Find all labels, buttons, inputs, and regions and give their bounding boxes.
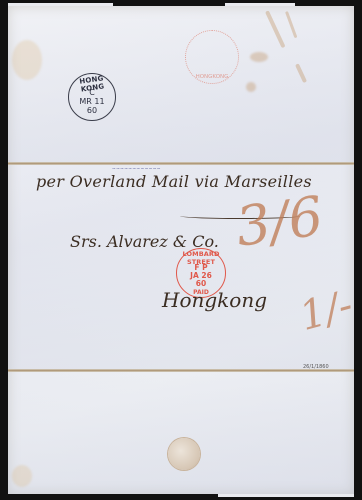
age-stain — [250, 52, 268, 62]
age-stain — [12, 40, 42, 80]
faint-postmark-text: HONGKONG — [186, 74, 238, 80]
rate-marking: 3/6 — [232, 184, 327, 258]
archive-note: 26/1/1860 — [303, 364, 329, 370]
age-stain — [246, 82, 256, 92]
top-panel — [8, 6, 354, 162]
destination: Hongkong — [162, 288, 267, 312]
wax-seal — [168, 438, 200, 470]
london-postmark-year: 60 — [196, 280, 206, 288]
hk-postmark-year: 60 — [87, 106, 97, 115]
hk-postmark-date: MR 11 — [79, 97, 104, 106]
london-postmark-ring-top: LOMBARD STREET — [177, 250, 225, 266]
hong-kong-postmark: HONG KONG C MR 11 60 — [68, 73, 116, 121]
bottom-panel — [8, 374, 354, 494]
age-stain — [12, 465, 32, 487]
faint-offset-postmark: HONGKONG — [185, 30, 239, 84]
fold-line-top — [8, 162, 354, 165]
routing-instruction: per Overland Mail via Marseilles — [36, 172, 312, 191]
